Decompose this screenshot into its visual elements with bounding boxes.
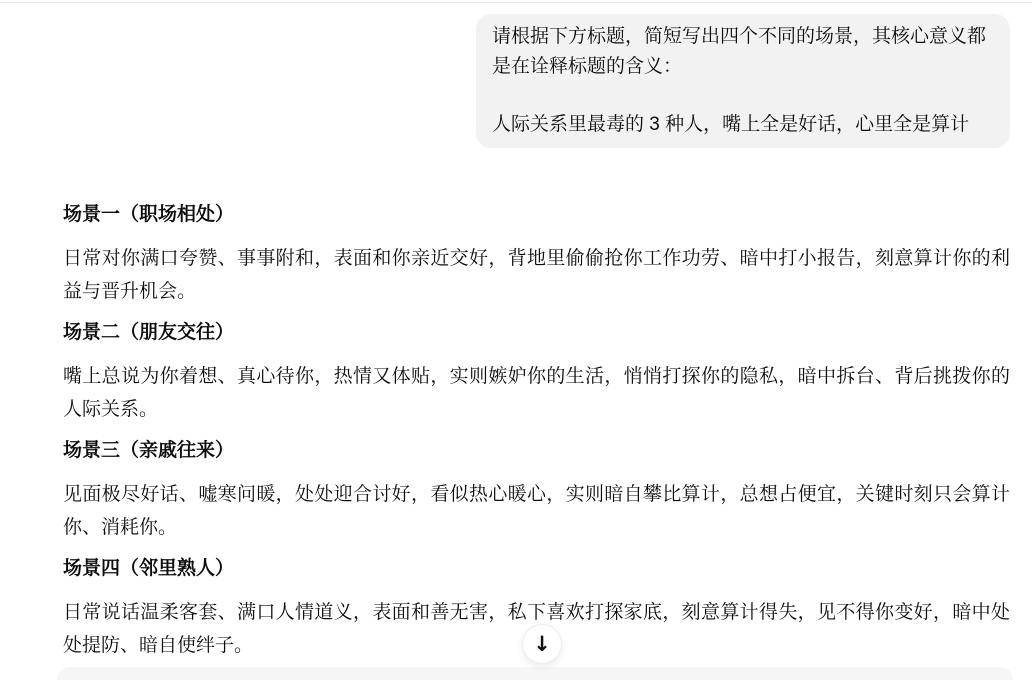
scene-1-heading: 场景一（职场相处） [63, 202, 1010, 228]
down-arrow-icon: ↓ [533, 634, 551, 655]
chat-transcript: 请根据下方标题，简短写出四个不同的场景，其核心意义都是在诠释标题的含义： 人际关… [0, 14, 1032, 662]
scene-3-body: 见面极尽好话、嘘寒问暖，处处迎合讨好，看似热心暖心，实则暗自攀比算计，总想占便宜… [63, 478, 1010, 544]
scene-4-heading: 场景四（邻里熟人） [63, 556, 1010, 582]
user-message-title-line: 人际关系里最毒的 3 种人，嘴上全是好话，心里全是算计 [492, 110, 994, 140]
scene-3-heading: 场景三（亲戚往来） [63, 438, 1010, 464]
user-message-row: 请根据下方标题，简短写出四个不同的场景，其核心意义都是在诠释标题的含义： 人际关… [63, 14, 1010, 148]
scene-2-body: 嘴上总说为你着想、真心待你，热情又体贴，实则嫉妒你的生活，悄悄打探你的隐私，暗中… [63, 360, 1010, 426]
composer-input[interactable] [57, 667, 1013, 680]
assistant-message: 场景一（职场相处） 日常对你满口夸赞、事事附和，表面和你亲近交好，背地里偷偷抢你… [63, 202, 1010, 662]
scene-2-heading: 场景二（朋友交往） [63, 320, 1010, 346]
scene-1-body: 日常对你满口夸赞、事事附和，表面和你亲近交好，背地里偷偷抢你工作功劳、暗中打小报… [63, 242, 1010, 308]
top-divider [0, 2, 1032, 3]
user-message-bubble: 请根据下方标题，简短写出四个不同的场景，其核心意义都是在诠释标题的含义： 人际关… [476, 14, 1010, 148]
user-message-paragraph: 请根据下方标题，简短写出四个不同的场景，其核心意义都是在诠释标题的含义： [492, 22, 994, 82]
scroll-to-bottom-button[interactable]: ↓ [522, 624, 562, 664]
